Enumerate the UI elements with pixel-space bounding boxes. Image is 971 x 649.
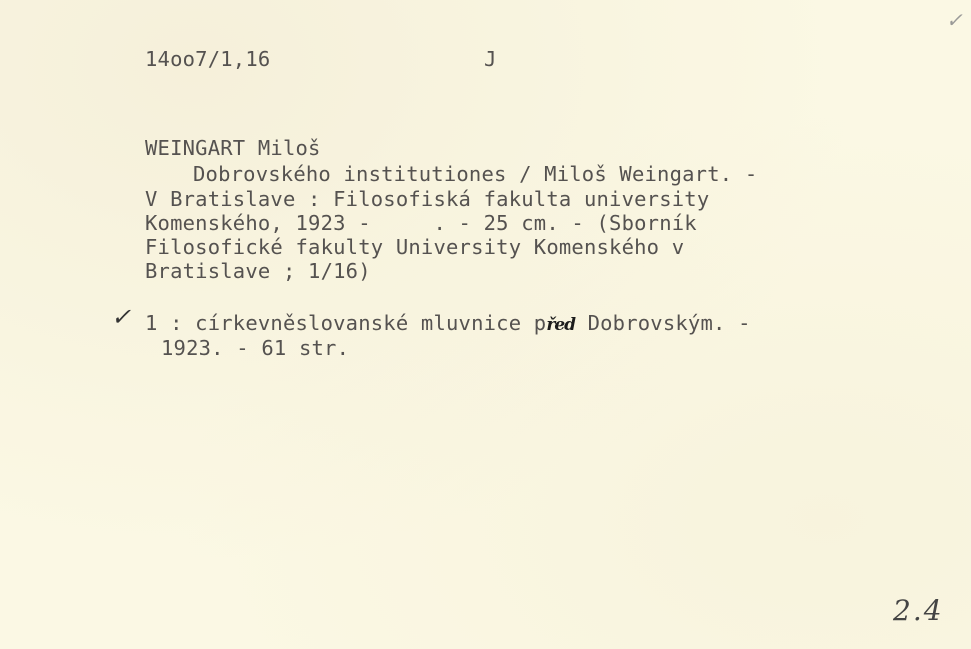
series-line: Filosofické fakulty University Komenskéh… (145, 235, 684, 259)
call-number: 14oo7/1,16 (145, 47, 270, 71)
series-line: Bratislave ; 1/16) (145, 259, 371, 283)
collection-mark: J (484, 47, 497, 71)
imprint-line: V Bratislave : Filosofiská fakulta unive… (145, 187, 709, 211)
check-mark-icon: ✓ (946, 8, 963, 32)
volume-entry: 1 : církevněslovanské mluvnice před Dobr… (145, 311, 751, 337)
catalog-card: 14oo7/1,16 J ✓ WEINGART Miloš Dobrovskéh… (0, 0, 971, 649)
imprint-line: Komenského, 1923 - . - 25 cm. - (Sborník (145, 211, 697, 235)
check-mark-icon: ✓ (111, 303, 131, 331)
volume-title-part: 1 : církevněslovanské mluvnice p (145, 311, 546, 335)
title-statement: Dobrovského institutiones / Miloš Weinga… (193, 162, 757, 186)
pencil-note: 2.4 (893, 594, 944, 627)
handwritten-correction: řed (546, 313, 575, 337)
author-heading: WEINGART Miloš (145, 136, 321, 160)
volume-pagination: 1923. - 61 str. (161, 336, 349, 360)
volume-title-part: Dobrovským. - (575, 311, 751, 335)
